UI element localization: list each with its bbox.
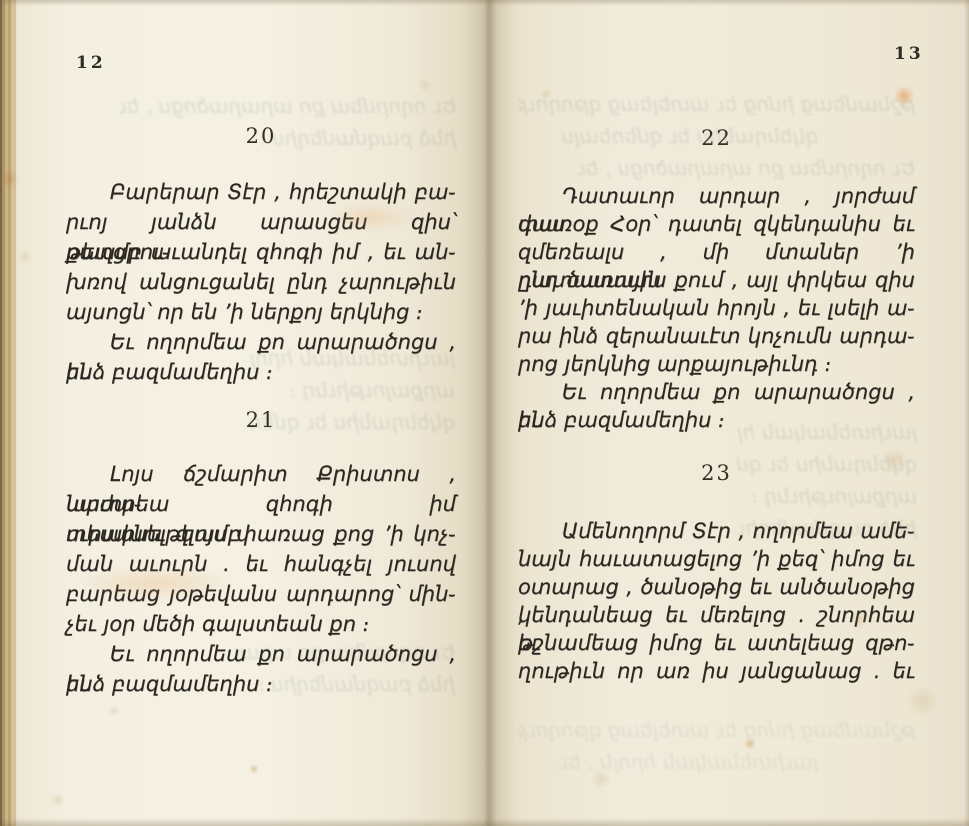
text-line: րոց յերկնից արքայութիւնդ ։ bbox=[518, 350, 915, 378]
page-edges-left bbox=[0, 0, 16, 826]
text-line: ղութիւն որ առ իս յանցանաց . եւ bbox=[518, 657, 915, 685]
page-edge-right bbox=[964, 0, 969, 826]
text-line: չեւ յօր մեծի գալստեան քո ։ bbox=[66, 609, 456, 639]
bleedthrough-text: Եւ ողորմեա քո արարածոցս , եւ bbox=[518, 154, 915, 182]
page-edge-top bbox=[0, 0, 969, 6]
bleedthrough-text: Եւ ողորմեա քո արարածոցս , եւ bbox=[66, 92, 456, 120]
page-left: 12 Եւ ողորմեա քո արարածոցս , եւ ինձ բազմ… bbox=[0, 0, 487, 826]
page-number-right: 13 bbox=[894, 44, 924, 64]
text-line: տեսանել զլոյս փառաց քոց ’ի կոչ֊ bbox=[66, 519, 456, 549]
book-spread: 12 Եւ ողորմեա քո արարածոցս , եւ ինձ բազմ… bbox=[0, 0, 969, 826]
section-number: 23 bbox=[518, 461, 915, 485]
text-line: ’ի յաւիտենական հրոյն , եւ լսելի ա֊ bbox=[518, 294, 915, 322]
stain bbox=[330, 204, 410, 230]
text-line: փառօք Հօր՝ դատել զկենդանիս եւ bbox=[518, 210, 915, 238]
refrain-line: ինձ բազմամեղիս ։ bbox=[518, 406, 915, 434]
text-line: այսոցն՝ որ են ’ի ներքոյ երկնից ։ bbox=[66, 297, 456, 327]
section-number: 22 bbox=[518, 126, 915, 150]
text-line: նայն հաւատացելոց ’ի քեզ՝ իմոց եւ bbox=[518, 545, 915, 573]
text-line: ընդ ծառայիս քում , այլ փրկեա զիս bbox=[518, 266, 915, 294]
page-edge-bottom bbox=[0, 818, 969, 826]
bleedthrough-text: արքայութիւնդ ։ bbox=[737, 482, 917, 510]
text-line: թշնամեաց իմոց եւ ատելեաց զթո֊ bbox=[518, 629, 915, 657]
section-number: 20 bbox=[66, 124, 456, 148]
text-line: Ամենողորմ Տէր , ողորմեա ամե֊ bbox=[518, 517, 915, 545]
text-line: րա ինձ զերանաւէտ կոչումն արդա֊ bbox=[518, 322, 915, 350]
bleedthrough-text: յաւիտենական հրոյն , եւ bbox=[518, 748, 818, 776]
gutter-shadow bbox=[462, 0, 516, 826]
stain bbox=[80, 568, 230, 598]
section-number: 21 bbox=[66, 408, 456, 432]
refrain-line: ինձ բազմամեղիս ։ bbox=[66, 669, 456, 699]
bleedthrough-text: թշնամեաց իմոց եւ ատելեաց զթողութիւն bbox=[518, 90, 915, 118]
text-line: խռով անցուցանել ընդ չարութիւն bbox=[66, 267, 456, 297]
text-line: թեամբ աւանդել զհոգի իմ , եւ ան֊ bbox=[66, 237, 456, 267]
text-line: Բարերար Տէր , հրեշտակի բա֊ bbox=[66, 177, 456, 207]
page-number-left: 12 bbox=[76, 53, 106, 73]
page-right: 13 թշնամեաց իմոց եւ ատելեաց զթողութիւն զ… bbox=[487, 0, 969, 826]
bleedthrough-text: թշնամեաց իմոց եւ ատելեաց զթողութիւն bbox=[518, 716, 915, 744]
refrain-line: ինձ բազմամեղիս ։ bbox=[66, 357, 456, 387]
